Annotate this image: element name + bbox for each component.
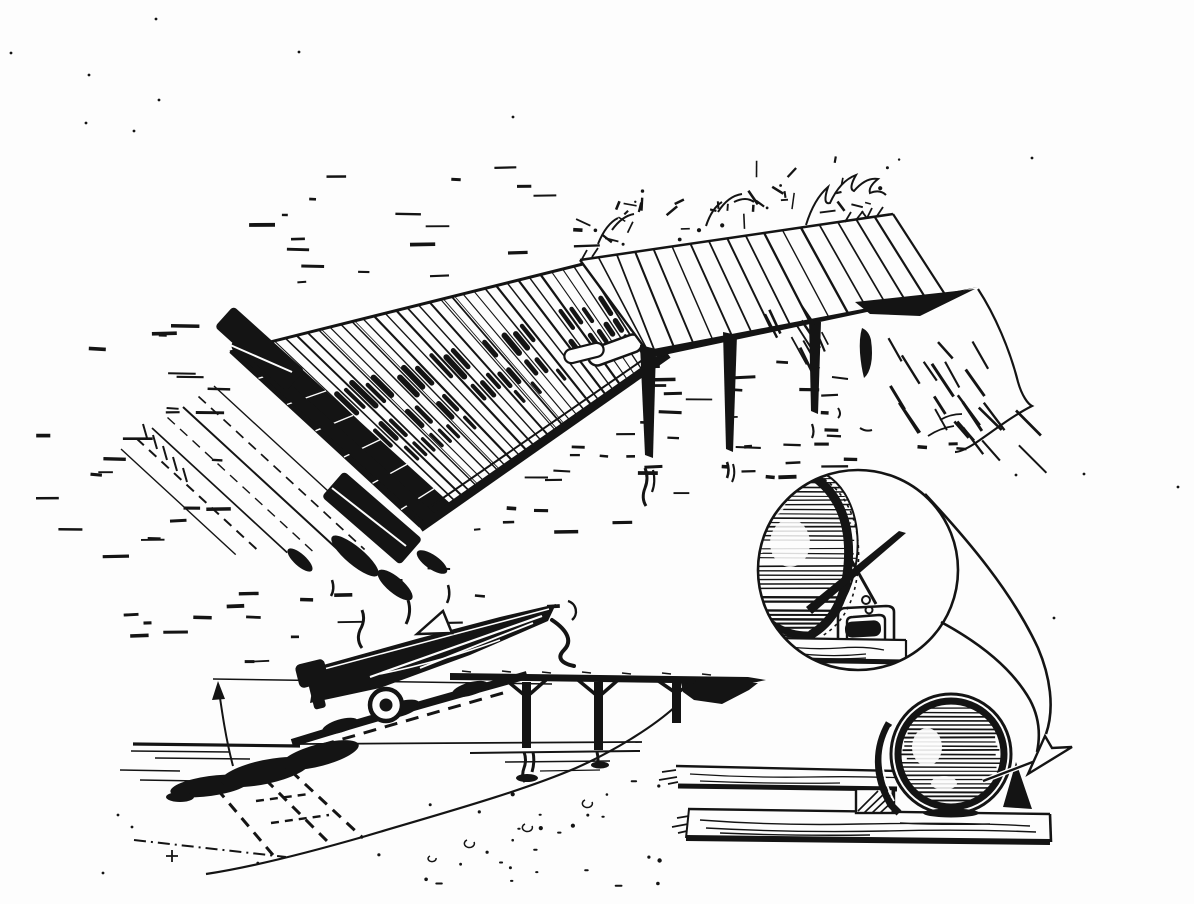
axle-pin (845, 620, 882, 638)
boat-ramp-technical-illustration (0, 0, 1194, 904)
roller-cradle-wheel (370, 689, 402, 721)
illustration-page (0, 0, 1194, 904)
